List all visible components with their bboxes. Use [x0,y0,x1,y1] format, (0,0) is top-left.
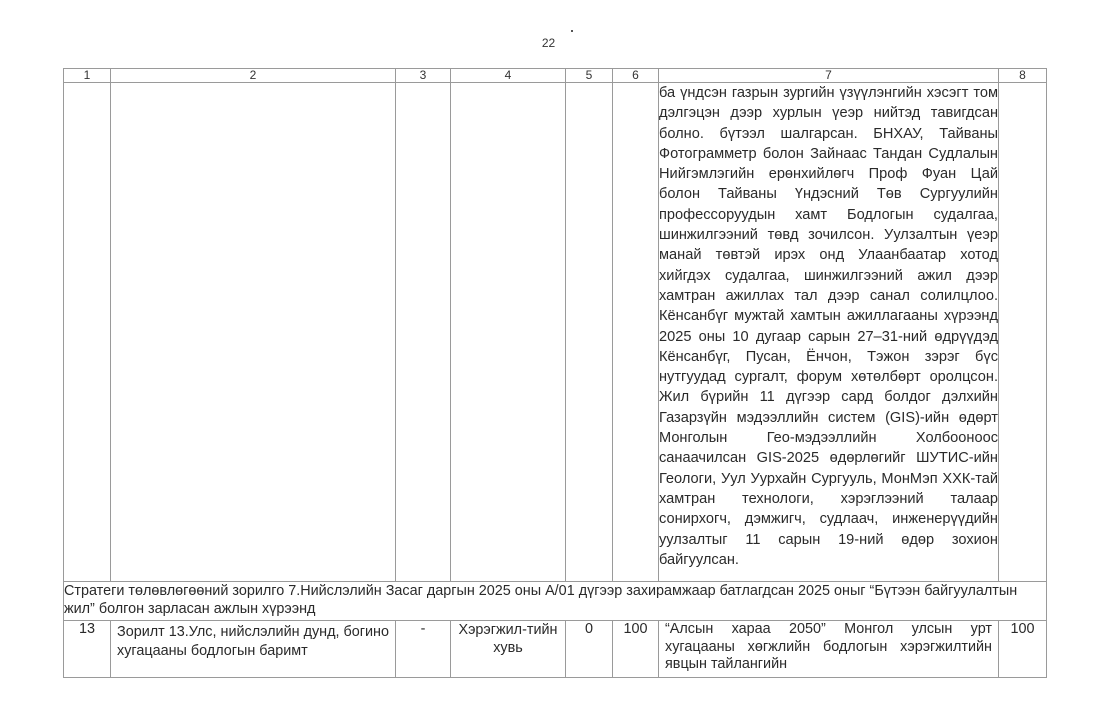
baseline-value: 0 [566,621,613,678]
col-header-8: 8 [999,69,1047,83]
report-table: 1 2 3 4 5 6 7 8 ба үндсэн газрын зургийн… [63,68,1047,678]
target-value: 100 [613,621,659,678]
page-number: 22 [0,36,1097,50]
implementation-text: ба үндсэн газрын зургийн үзүүлэнгийн хэс… [659,83,999,582]
cell-empty [396,83,451,582]
col-header-3: 3 [396,69,451,83]
cell-empty [613,83,659,582]
implementation-paragraph: ба үндсэн газрын зургийн үзүүлэнгийн хэс… [659,83,998,570]
col3-value: - [396,621,451,678]
description-text: “Алсын хараа 2050” Монгол улсын урт хуга… [659,621,999,678]
unit-text: Хэрэгжил-тийн хувь [451,621,566,678]
cell-empty [566,83,613,582]
row-number: 13 [64,621,111,678]
col-header-1: 1 [64,69,111,83]
col-header-6: 6 [613,69,659,83]
section-heading: Стратеги төлөвлөгөөний зорилго 7.Нийслэл… [64,582,1047,621]
cell-empty [451,83,566,582]
column-number-row: 1 2 3 4 5 6 7 8 [64,69,1047,83]
continuation-row: ба үндсэн газрын зургийн үзүүлэнгийн хэс… [64,83,1047,582]
goal-text: Зорилт 13.Улс, нийслэлийн дунд, богино х… [111,621,396,678]
result-value: 100 [999,621,1047,678]
cell-empty [111,83,396,582]
col-header-2: 2 [111,69,396,83]
col-header-4: 4 [451,69,566,83]
section-heading-row: Стратеги төлөвлөгөөний зорилго 7.Нийслэл… [64,582,1047,621]
cell-empty [64,83,111,582]
scan-speck [571,30,573,32]
col-header-7: 7 [659,69,999,83]
cell-empty [999,83,1047,582]
col-header-5: 5 [566,69,613,83]
table-row: 13 Зорилт 13.Улс, нийслэлийн дунд, богин… [64,621,1047,678]
